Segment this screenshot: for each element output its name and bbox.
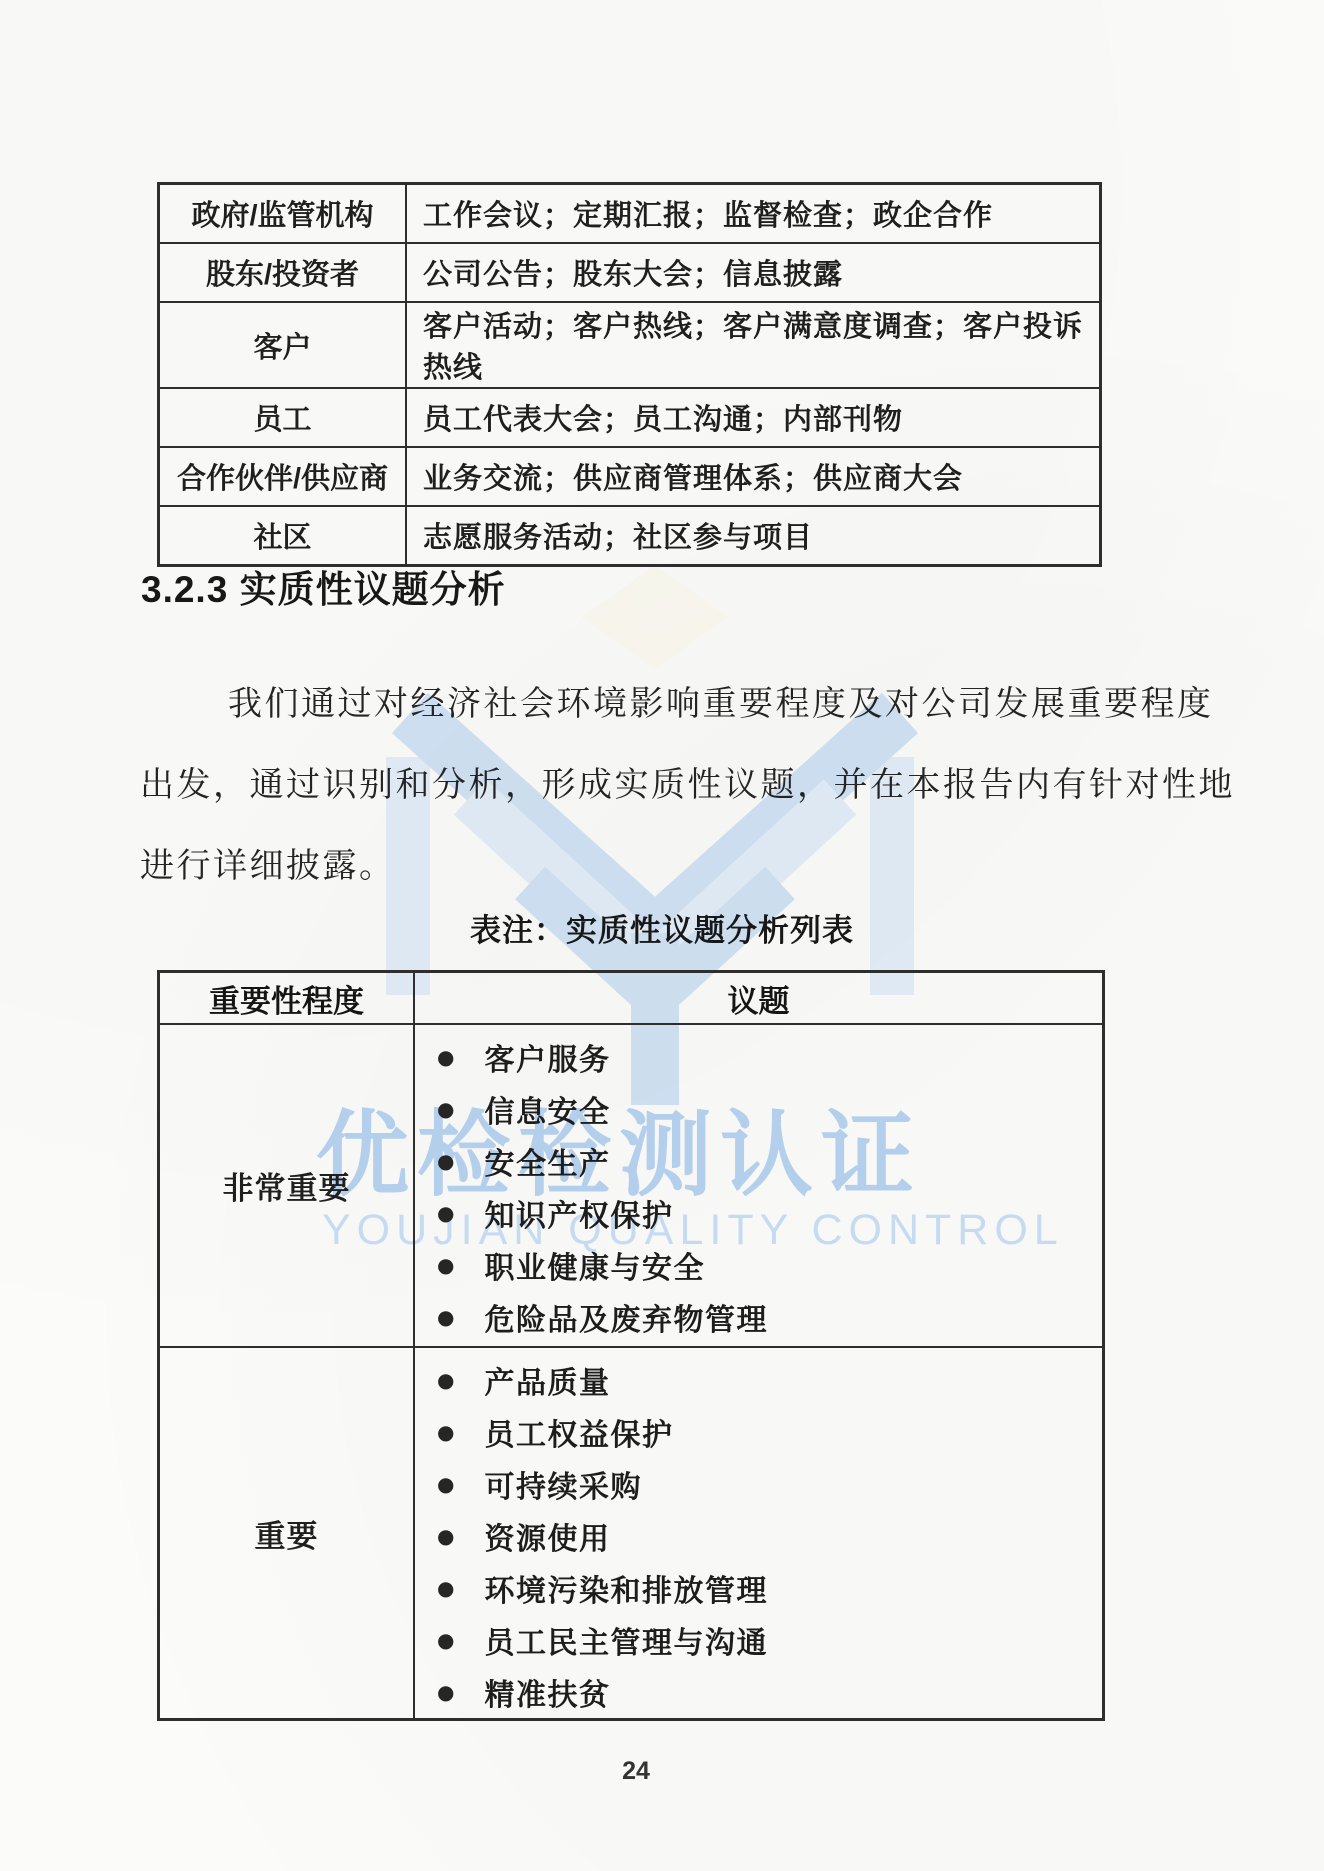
bullet-icon: ●: [437, 1255, 454, 1275]
topic-label: 员工权益保护: [484, 1410, 673, 1454]
importance-level: 重要: [159, 1347, 415, 1720]
bullet-icon: ●: [437, 1682, 454, 1702]
bullet-icon: ●: [437, 1370, 454, 1390]
topic-label: 客户服务: [484, 1035, 610, 1079]
list-item: ● 安全生产: [437, 1135, 1102, 1187]
list-item: ● 可持续采购: [437, 1458, 1102, 1510]
table-row: 合作伙伴/供应商 业务交流；供应商管理体系；供应商大会: [159, 447, 1101, 506]
paragraph-line: 进行详细披露。: [140, 838, 396, 887]
topic-label: 危险品及废弃物管理: [484, 1295, 768, 1339]
table-row: 股东/投资者 公司公告；股东大会；信息披露: [159, 243, 1101, 302]
stakeholder-label: 股东/投资者: [159, 243, 407, 302]
paragraph-line: 出发，通过识别和分析，形成实质性议题，并在本报告内有针对性地: [140, 757, 1235, 806]
table-row: 重要 ● 产品质量 ● 员工权益保护 ● 可持续采购 ●: [159, 1347, 1104, 1720]
materiality-table: 重要性程度 议题 非常重要 ● 客户服务 ● 信息安全 ● 安全生产: [157, 970, 1105, 1721]
bullet-icon: ●: [437, 1151, 454, 1171]
stakeholder-table: 政府/监管机构 工作会议；定期汇报；监督检查；政企合作 股东/投资者 公司公告；…: [157, 182, 1102, 567]
stakeholder-value: 公司公告；股东大会；信息披露: [406, 243, 1101, 302]
importance-level: 非常重要: [159, 1024, 415, 1347]
stakeholder-value: 员工代表大会；员工沟通；内部刊物: [406, 388, 1101, 447]
stakeholder-label: 社区: [159, 506, 407, 566]
header-level: 重要性程度: [159, 972, 415, 1025]
topic-label: 安全生产: [484, 1139, 610, 1183]
topic-label: 员工民主管理与沟通: [484, 1618, 768, 1662]
table-row: 政府/监管机构 工作会议；定期汇报；监督检查；政企合作: [159, 184, 1101, 244]
table-row: 非常重要 ● 客户服务 ● 信息安全 ● 安全生产 ●: [159, 1024, 1104, 1347]
page-number: 24: [0, 1757, 1272, 1786]
document-page: 政府/监管机构 工作会议；定期汇报；监督检查；政企合作 股东/投资者 公司公告；…: [0, 0, 1324, 1871]
header-topic: 议题: [414, 972, 1104, 1025]
stakeholder-value: 客户活动；客户热线；客户满意度调查；客户投诉热线: [406, 302, 1101, 388]
bullet-icon: ●: [437, 1422, 454, 1442]
topic-label: 知识产权保护: [484, 1191, 673, 1235]
table-row: 客户 客户活动；客户热线；客户满意度调查；客户投诉热线: [159, 302, 1101, 388]
topic-label: 可持续采购: [484, 1462, 642, 1506]
table-row: 社区 志愿服务活动；社区参与项目: [159, 506, 1101, 566]
topic-label: 产品质量: [484, 1358, 610, 1402]
topic-label: 资源使用: [484, 1514, 610, 1558]
stakeholder-value: 业务交流；供应商管理体系；供应商大会: [406, 447, 1101, 506]
paragraph-line: 我们通过对经济社会环境影响重要程度及对公司发展重要程度: [228, 676, 1214, 725]
list-item: ● 客户服务: [437, 1031, 1102, 1083]
bullet-icon: ●: [437, 1203, 454, 1223]
stakeholder-label: 员工: [159, 388, 407, 447]
stakeholder-label: 客户: [159, 302, 407, 388]
list-item: ● 资源使用: [437, 1510, 1102, 1562]
topic-label: 职业健康与安全: [484, 1243, 705, 1287]
list-item: ● 信息安全: [437, 1083, 1102, 1135]
list-item: ● 知识产权保护: [437, 1187, 1102, 1239]
bullet-icon: ●: [437, 1578, 454, 1598]
bullet-icon: ●: [437, 1047, 454, 1067]
list-item: ● 员工民主管理与沟通: [437, 1614, 1102, 1666]
stakeholder-value: 工作会议；定期汇报；监督检查；政企合作: [406, 184, 1101, 244]
table-header-row: 重要性程度 议题: [159, 972, 1104, 1025]
table-row: 员工 员工代表大会；员工沟通；内部刊物: [159, 388, 1101, 447]
bullet-icon: ●: [437, 1307, 454, 1327]
bullet-icon: ●: [437, 1630, 454, 1650]
stakeholder-label: 合作伙伴/供应商: [159, 447, 407, 506]
bullet-icon: ●: [437, 1099, 454, 1119]
table-caption: 表注：实质性议题分析列表: [0, 905, 1324, 950]
bullet-icon: ●: [437, 1474, 454, 1494]
stakeholder-value: 志愿服务活动；社区参与项目: [406, 506, 1101, 566]
topic-label: 信息安全: [484, 1087, 610, 1131]
topics-cell: ● 客户服务 ● 信息安全 ● 安全生产 ● 知识产权保护: [414, 1024, 1104, 1347]
topics-cell: ● 产品质量 ● 员工权益保护 ● 可持续采购 ● 资源使用: [414, 1347, 1104, 1720]
list-item: ● 精准扶贫: [437, 1666, 1102, 1718]
bullet-icon: ●: [437, 1526, 454, 1546]
list-item: ● 危险品及废弃物管理: [437, 1291, 1102, 1343]
list-item: ● 职业健康与安全: [437, 1239, 1102, 1291]
stakeholder-label: 政府/监管机构: [159, 184, 407, 244]
list-item: ● 环境污染和排放管理: [437, 1562, 1102, 1614]
list-item: ● 产品质量: [437, 1354, 1102, 1406]
section-heading: 3.2.3 实质性议题分析: [141, 559, 506, 613]
topic-label: 环境污染和排放管理: [484, 1566, 768, 1610]
topic-label: 精准扶贫: [484, 1670, 610, 1714]
list-item: ● 员工权益保护: [437, 1406, 1102, 1458]
